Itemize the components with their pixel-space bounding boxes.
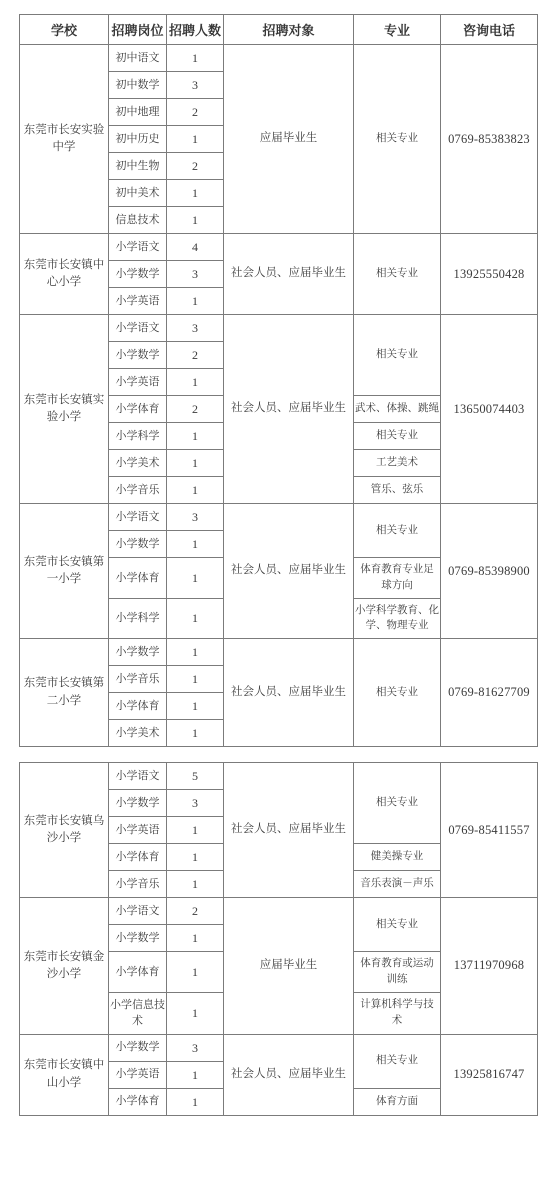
position-cell: 小学体育 (109, 952, 167, 993)
table-gap (19, 747, 537, 762)
count-cell: 1 (167, 207, 224, 234)
count-cell: 1 (167, 598, 224, 639)
school-name-cell: 东莞市长安镇第 二小学 (20, 639, 109, 747)
position-cell: 小学数学 (109, 639, 167, 666)
target-cell: 社会人员、应届毕业生 (224, 763, 354, 898)
count-cell: 1 (167, 1061, 224, 1088)
major-cell: 音乐表演－声乐 (354, 871, 441, 898)
count-cell: 1 (167, 639, 224, 666)
position-cell: 小学语文 (109, 315, 167, 342)
target-cell: 社会人员、应届毕业生 (224, 1034, 354, 1115)
table-row: 东莞市长安镇乌 沙小学小学语文5社会人员、应届毕业生相关专业0769-85411… (20, 763, 538, 790)
major-cell: 体育教育或运动 训练 (354, 952, 441, 993)
position-cell: 小学体育 (109, 693, 167, 720)
table-row: 东莞市长安实验 中学初中语文1应届毕业生相关专业0769-85383823 (20, 45, 538, 72)
position-cell: 小学体育 (109, 396, 167, 423)
count-cell: 3 (167, 261, 224, 288)
count-cell: 3 (167, 315, 224, 342)
column-header: 学校 (20, 15, 109, 45)
position-cell: 小学数学 (109, 925, 167, 952)
count-cell: 1 (167, 844, 224, 871)
position-cell: 小学信息技 术 (109, 992, 167, 1034)
count-cell: 2 (167, 153, 224, 180)
column-header: 咨询电话 (441, 15, 538, 45)
phone-cell: 0769-85411557 (441, 763, 538, 898)
position-cell: 小学数学 (109, 1034, 167, 1061)
count-cell: 1 (167, 817, 224, 844)
column-header: 专业 (354, 15, 441, 45)
school-name-cell: 东莞市长安镇乌 沙小学 (20, 763, 109, 898)
count-cell: 1 (167, 720, 224, 747)
count-cell: 1 (167, 666, 224, 693)
major-cell: 相关专业 (354, 423, 441, 450)
phone-cell: 13650074403 (441, 315, 538, 504)
count-cell: 1 (167, 558, 224, 599)
count-cell: 5 (167, 763, 224, 790)
position-cell: 小学美术 (109, 720, 167, 747)
major-cell: 相关专业 (354, 45, 441, 234)
table-row: 东莞市长安镇第 二小学小学数学1社会人员、应届毕业生相关专业0769-81627… (20, 639, 538, 666)
major-cell: 相关专业 (354, 315, 441, 396)
position-cell: 小学科学 (109, 598, 167, 639)
major-cell: 小学科学教育、化 学、物理专业 (354, 598, 441, 639)
major-cell: 管乐、弦乐 (354, 477, 441, 504)
phone-cell: 13925550428 (441, 234, 538, 315)
header-row: 学校招聘岗位招聘人数招聘对象专业咨询电话 (20, 15, 538, 45)
position-cell: 小学英语 (109, 369, 167, 396)
count-cell: 2 (167, 99, 224, 126)
count-cell: 2 (167, 898, 224, 925)
major-cell: 体育方面 (354, 1088, 441, 1115)
position-cell: 小学音乐 (109, 477, 167, 504)
count-cell: 1 (167, 423, 224, 450)
position-cell: 初中地理 (109, 99, 167, 126)
column-header: 招聘岗位 (109, 15, 167, 45)
position-cell: 小学体育 (109, 558, 167, 599)
position-cell: 初中生物 (109, 153, 167, 180)
count-cell: 2 (167, 342, 224, 369)
count-cell: 1 (167, 126, 224, 153)
position-cell: 小学体育 (109, 1088, 167, 1115)
position-cell: 小学美术 (109, 450, 167, 477)
position-cell: 小学音乐 (109, 666, 167, 693)
major-cell: 健美操专业 (354, 844, 441, 871)
major-cell: 相关专业 (354, 504, 441, 558)
count-cell: 1 (167, 871, 224, 898)
count-cell: 1 (167, 45, 224, 72)
count-cell: 3 (167, 504, 224, 531)
target-cell: 社会人员、应届毕业生 (224, 234, 354, 315)
school-name-cell: 东莞市长安实验 中学 (20, 45, 109, 234)
position-cell: 小学科学 (109, 423, 167, 450)
position-cell: 小学语文 (109, 234, 167, 261)
position-cell: 小学语文 (109, 763, 167, 790)
phone-cell: 0769-85383823 (441, 45, 538, 234)
major-cell: 相关专业 (354, 234, 441, 315)
position-cell: 小学英语 (109, 288, 167, 315)
recruitment-tables-container: 学校招聘岗位招聘人数招聘对象专业咨询电话东莞市长安实验 中学初中语文1应届毕业生… (19, 14, 537, 1116)
school-name-cell: 东莞市长安镇第 一小学 (20, 504, 109, 639)
position-cell: 小学英语 (109, 817, 167, 844)
column-header: 招聘对象 (224, 15, 354, 45)
major-cell: 工艺美术 (354, 450, 441, 477)
count-cell: 2 (167, 396, 224, 423)
major-cell: 武术、体操、跳绳 (354, 396, 441, 423)
position-cell: 小学数学 (109, 342, 167, 369)
count-cell: 1 (167, 1088, 224, 1115)
target-cell: 社会人员、应届毕业生 (224, 504, 354, 639)
recruitment-table-1: 学校招聘岗位招聘人数招聘对象专业咨询电话东莞市长安实验 中学初中语文1应届毕业生… (19, 14, 538, 747)
table-row: 东莞市长安镇中 山小学小学数学3社会人员、应届毕业生相关专业1392581674… (20, 1034, 538, 1061)
school-name-cell: 东莞市长安镇中 心小学 (20, 234, 109, 315)
position-cell: 小学语文 (109, 898, 167, 925)
position-cell: 初中数学 (109, 72, 167, 99)
position-cell: 初中语文 (109, 45, 167, 72)
phone-cell: 0769-85398900 (441, 504, 538, 639)
table-row: 东莞市长安镇中 心小学小学语文4社会人员、应届毕业生相关专业1392555042… (20, 234, 538, 261)
position-cell: 小学英语 (109, 1061, 167, 1088)
position-cell: 小学数学 (109, 261, 167, 288)
position-cell: 小学数学 (109, 531, 167, 558)
count-cell: 1 (167, 925, 224, 952)
table-row: 东莞市长安镇金 沙小学小学语文2应届毕业生相关专业13711970968 (20, 898, 538, 925)
position-cell: 小学语文 (109, 504, 167, 531)
position-cell: 初中美术 (109, 180, 167, 207)
count-cell: 3 (167, 72, 224, 99)
position-cell: 初中历史 (109, 126, 167, 153)
page: 学校招聘岗位招聘人数招聘对象专业咨询电话东莞市长安实验 中学初中语文1应届毕业生… (0, 0, 553, 1183)
school-name-cell: 东莞市长安镇中 山小学 (20, 1034, 109, 1115)
count-cell: 1 (167, 531, 224, 558)
target-cell: 社会人员、应届毕业生 (224, 315, 354, 504)
count-cell: 3 (167, 1034, 224, 1061)
count-cell: 1 (167, 477, 224, 504)
count-cell: 1 (167, 288, 224, 315)
count-cell: 1 (167, 992, 224, 1034)
count-cell: 4 (167, 234, 224, 261)
major-cell: 相关专业 (354, 763, 441, 844)
phone-cell: 13925816747 (441, 1034, 538, 1115)
major-cell: 相关专业 (354, 1034, 441, 1088)
major-cell: 计算机科学与技 术 (354, 992, 441, 1034)
count-cell: 1 (167, 450, 224, 477)
column-header: 招聘人数 (167, 15, 224, 45)
count-cell: 1 (167, 693, 224, 720)
phone-cell: 0769-81627709 (441, 639, 538, 747)
school-name-cell: 东莞市长安镇金 沙小学 (20, 898, 109, 1035)
position-cell: 小学体育 (109, 844, 167, 871)
phone-cell: 13711970968 (441, 898, 538, 1035)
major-cell: 体育教育专业足 球方向 (354, 558, 441, 599)
recruitment-table-2: 东莞市长安镇乌 沙小学小学语文5社会人员、应届毕业生相关专业0769-85411… (19, 762, 538, 1116)
target-cell: 社会人员、应届毕业生 (224, 639, 354, 747)
table-row: 东莞市长安镇第 一小学小学语文3社会人员、应届毕业生相关专业0769-85398… (20, 504, 538, 531)
count-cell: 3 (167, 790, 224, 817)
target-cell: 应届毕业生 (224, 45, 354, 234)
position-cell: 小学音乐 (109, 871, 167, 898)
table-row: 东莞市长安镇实 验小学小学语文3社会人员、应届毕业生相关专业1365007440… (20, 315, 538, 342)
school-name-cell: 东莞市长安镇实 验小学 (20, 315, 109, 504)
position-cell: 信息技术 (109, 207, 167, 234)
count-cell: 1 (167, 952, 224, 993)
target-cell: 应届毕业生 (224, 898, 354, 1035)
position-cell: 小学数学 (109, 790, 167, 817)
count-cell: 1 (167, 180, 224, 207)
major-cell: 相关专业 (354, 639, 441, 747)
count-cell: 1 (167, 369, 224, 396)
major-cell: 相关专业 (354, 898, 441, 952)
